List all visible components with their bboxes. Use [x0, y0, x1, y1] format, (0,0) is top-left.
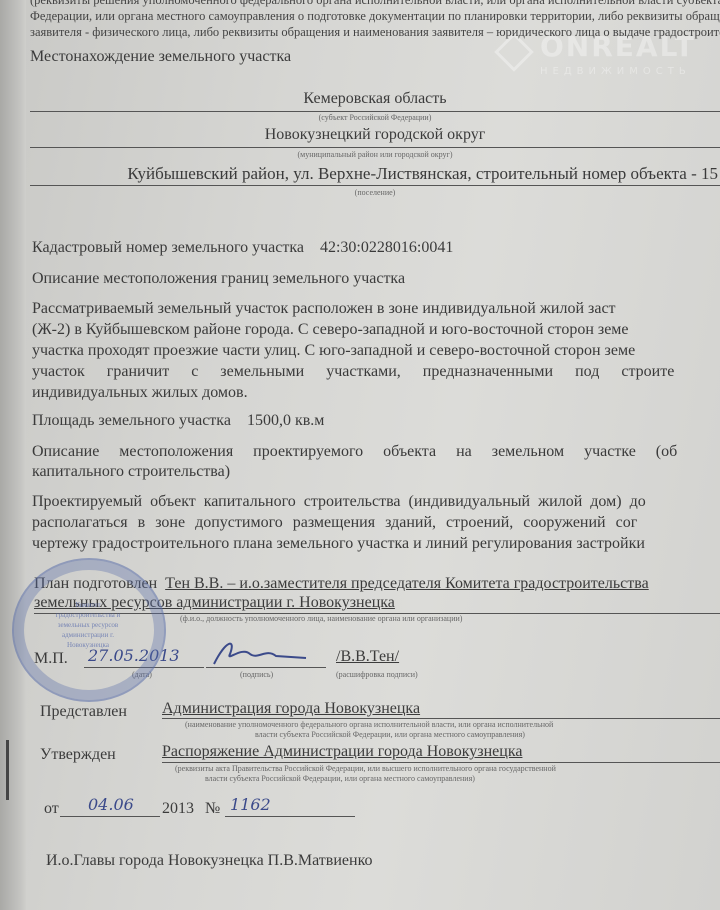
- region-caption: (субъект Российской Федерации): [30, 113, 720, 122]
- object-title-line-2: капитального строительства): [32, 460, 720, 484]
- signature-line: [206, 667, 326, 668]
- address-caption: (поселение): [30, 188, 720, 197]
- submitted-label: Представлен: [40, 703, 127, 721]
- signature-name-caption: (расшифровка подписи): [336, 670, 418, 679]
- signatory: И.о.Главы города Новокузнецка П.В.Матвие…: [46, 852, 373, 870]
- prepared-value-1: Тен В.В. – и.о.заместителя председателя …: [165, 575, 649, 592]
- document-page: (реквизиты решения уполномоченного федер…: [30, 0, 720, 910]
- municipality-caption: (муниципальный район или городской округ…: [30, 150, 720, 159]
- approved-value: Распоряжение Администрации города Новоку…: [162, 743, 522, 761]
- binding-mark: [6, 740, 9, 800]
- location-title: Местонахождение земельного участка: [30, 48, 291, 66]
- decree-number-label: №: [205, 800, 220, 818]
- area-row: Площадь земельного участка 1500,0 кв.м: [32, 412, 324, 430]
- approved-label: Утвержден: [40, 746, 116, 764]
- signature-caption: (подпись): [240, 670, 273, 679]
- header-line-2: Федерации, или органа местного самоуправ…: [30, 8, 720, 24]
- submitted-line: [162, 718, 720, 719]
- submitted-caption-1: (наименование уполномоченного федерально…: [185, 720, 553, 729]
- boundaries-title: Описание местоположения границ земельног…: [32, 270, 405, 288]
- region-value: Кемеровская область: [30, 90, 720, 108]
- cadastral-number: 42:30:0228016:0041: [320, 239, 453, 256]
- decree-from-label: от: [44, 800, 59, 818]
- submitted-caption-2: власти субъекта Российской Федерации, ил…: [255, 730, 525, 739]
- decree-date: 04.06: [88, 795, 134, 814]
- submitted-value: Администрация города Новокузнецка: [162, 700, 420, 718]
- header-line-3: заявителя - физического лица, либо рекви…: [30, 24, 720, 40]
- approved-caption-1: (реквизиты акта Правительства Российской…: [175, 764, 556, 773]
- decree-year: 2013: [162, 800, 194, 818]
- area-value: 1500,0 кв.м: [247, 412, 324, 429]
- prepared-caption: (ф.и.о., должность уполномоченного лица,…: [180, 614, 462, 623]
- signature-name: /В.В.Тен/: [336, 648, 399, 666]
- header-line-1: (реквизиты решения уполномоченного федер…: [30, 0, 720, 8]
- region-line: [30, 111, 720, 112]
- page-fold-shadow: [0, 0, 26, 910]
- boundaries-line-5: индивидуальных жилых домов.: [32, 381, 720, 405]
- address-value: Куйбышевский район, ул. Верхне-Листвянск…: [30, 164, 718, 184]
- municipality-line: [30, 147, 720, 148]
- decree-number-line: [225, 816, 355, 817]
- address-line: [30, 185, 720, 186]
- decree-date-line: [60, 816, 160, 817]
- decree-number: 1162: [230, 795, 271, 814]
- signature: [206, 636, 346, 670]
- area-label: Площадь земельного участка: [32, 412, 231, 429]
- approved-line: [162, 762, 720, 763]
- cadastral-label: Кадастровый номер земельного участка: [32, 239, 304, 256]
- object-line-3: чертежу градостроительного плана земельн…: [32, 532, 720, 556]
- approved-caption-2: власти субъекта Российской Федерации, ил…: [205, 774, 475, 783]
- municipality-value: Новокузнецкий городской округ: [30, 126, 720, 144]
- cadastral-row: Кадастровый номер земельного участка 42:…: [32, 239, 453, 257]
- stamp-text: Комитет градостроительства и земельных р…: [48, 600, 128, 650]
